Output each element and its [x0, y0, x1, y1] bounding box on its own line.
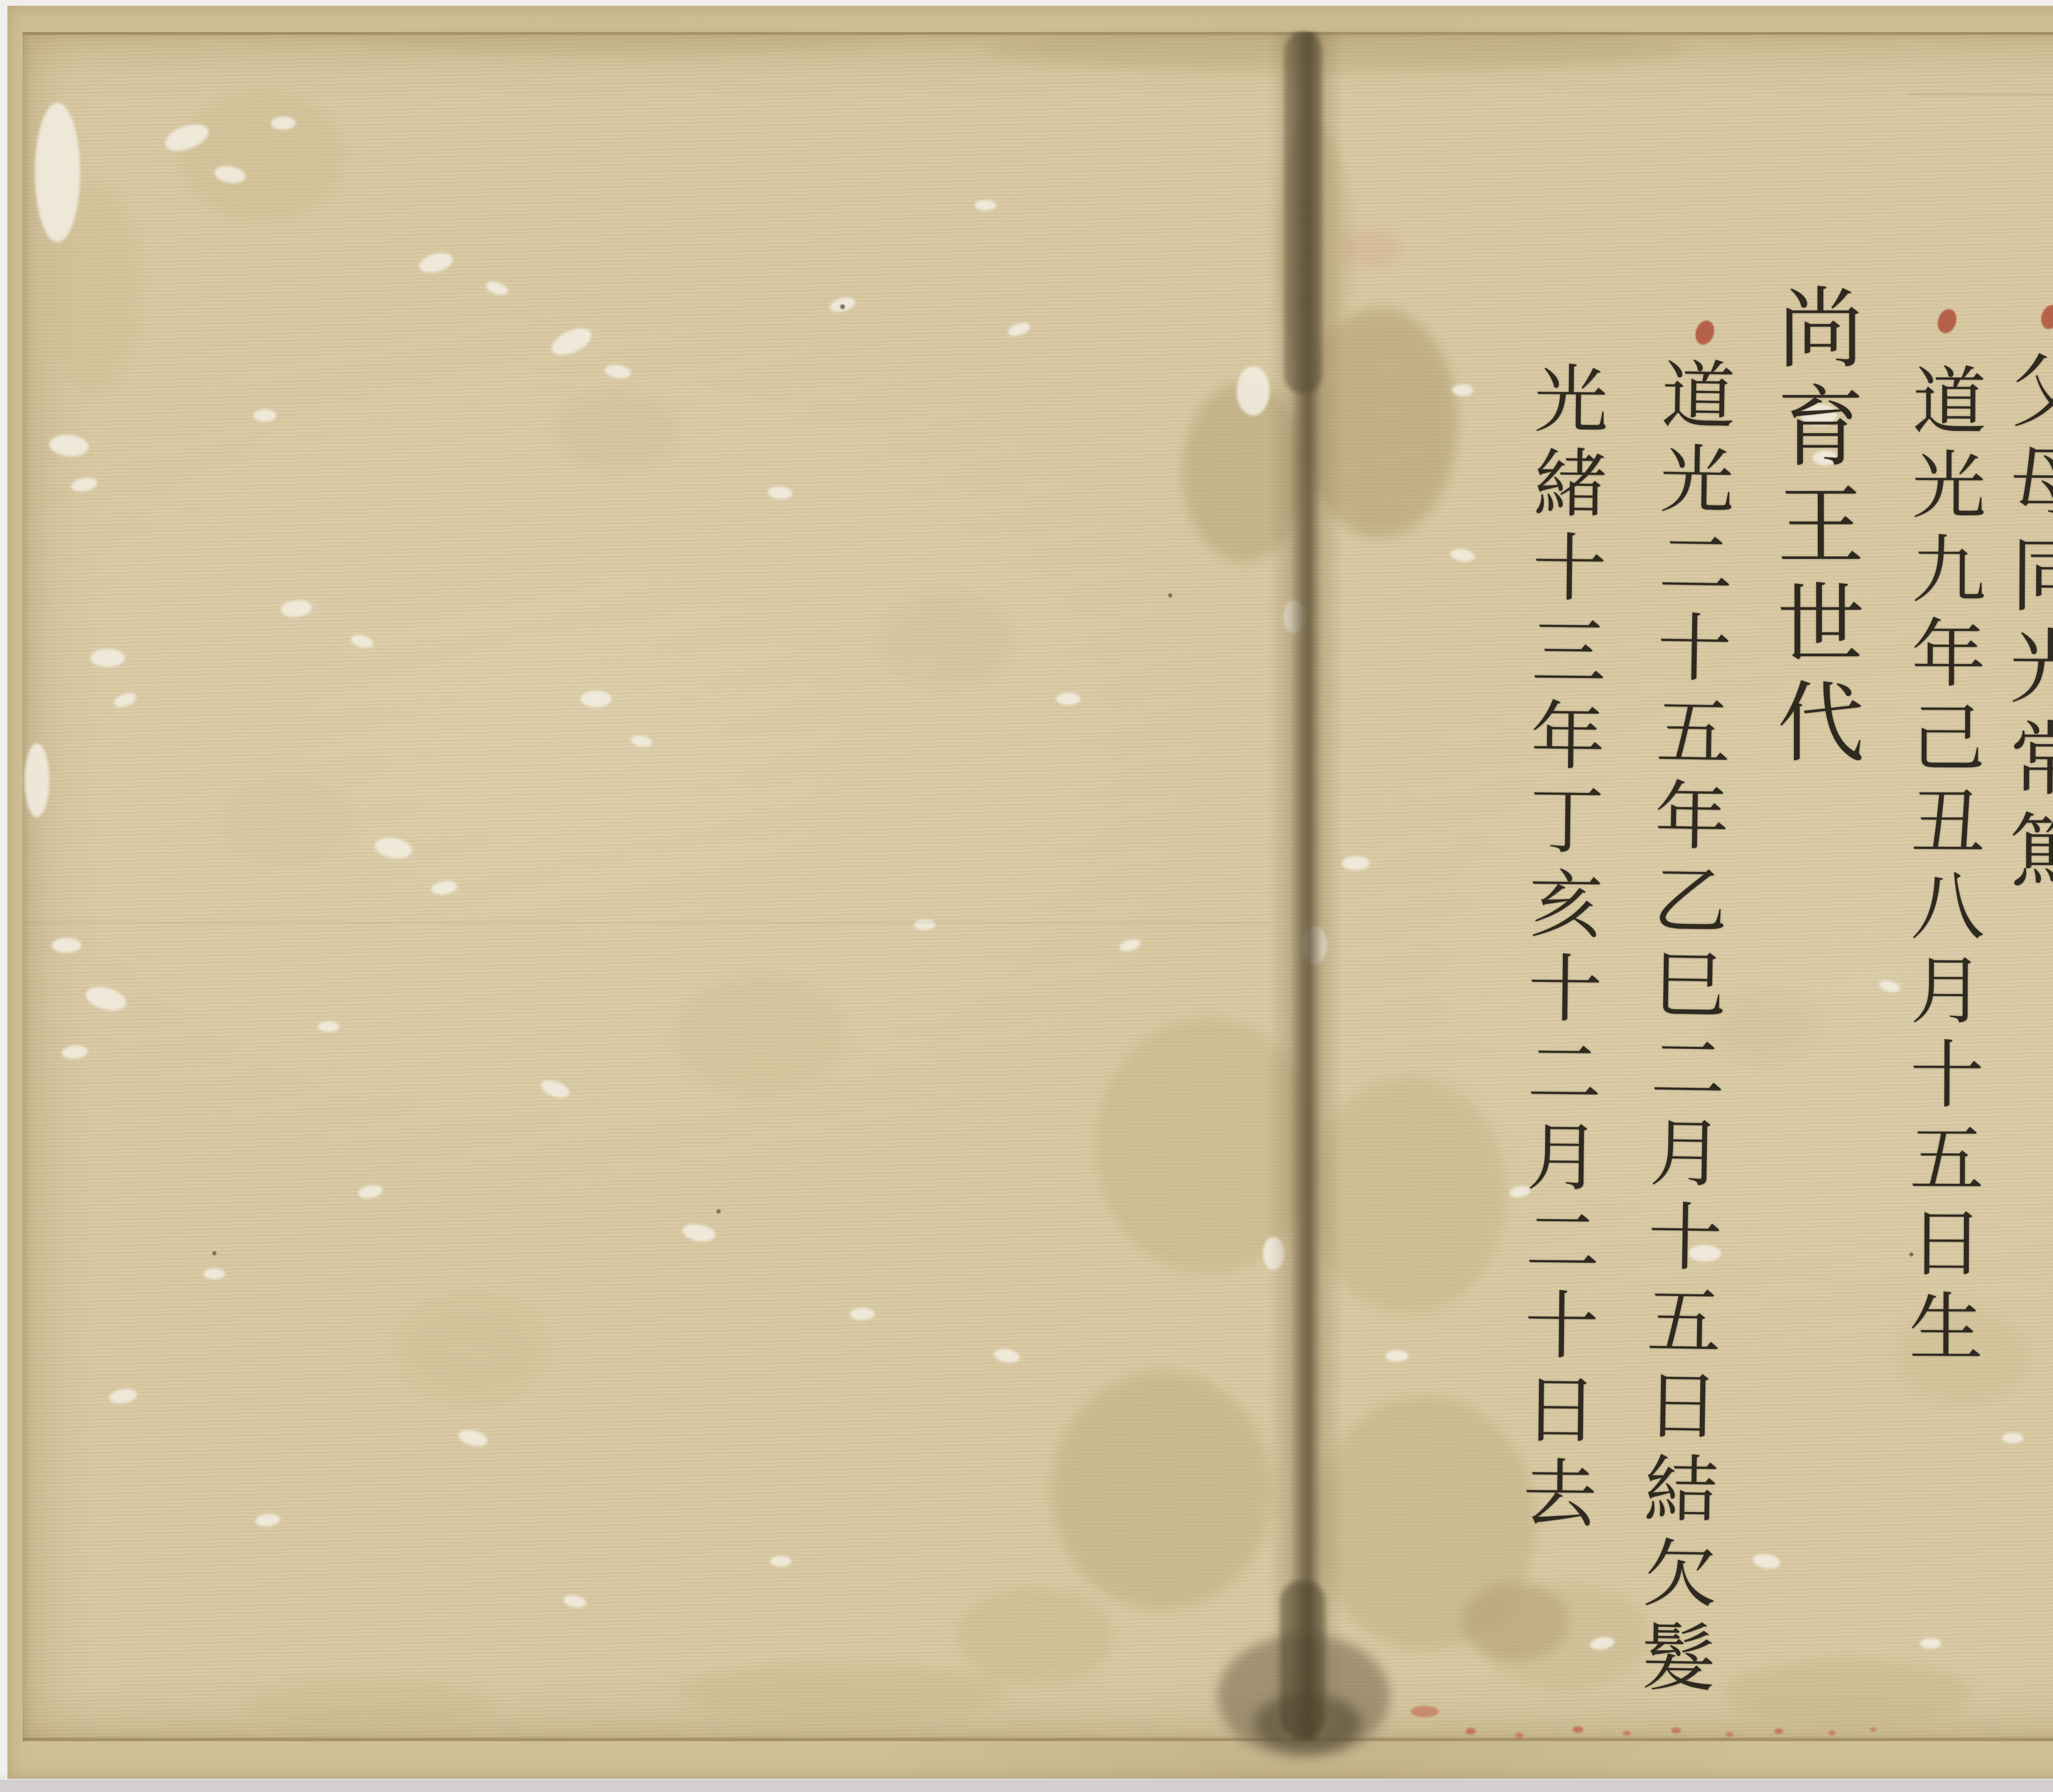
center-fold-stain-top: [1284, 32, 1322, 393]
parents-column: 父母同光常篤: [2002, 348, 2053, 900]
red-smudge: [1573, 1726, 1583, 1733]
departure-date-column: 光緒十三年丁亥十二月二十日去: [1516, 360, 1602, 1539]
dark-speck: [840, 304, 845, 309]
stain: [181, 90, 345, 222]
royal-era-column: 尚育王世代: [1770, 283, 1857, 775]
column-text-segment: 道光九年己丑八月十五日生: [1897, 362, 1986, 1373]
white-loss-spot: [204, 1268, 225, 1279]
paper-top-edge: [23, 32, 2053, 35]
white-loss-spot: [1920, 1638, 1941, 1649]
red-smudge: [1828, 1730, 1836, 1735]
white-loss-spot: [90, 649, 125, 667]
dark-speck: [1168, 593, 1172, 597]
manuscript-scan: 常皆下地仁也童名蒲戸父母同光常篤道光九年己丑八月十五日生尚育王世代道光二十五年乙…: [0, 0, 2053, 1792]
birth-date-column: 道光九年己丑八月十五日生: [1902, 362, 1980, 1373]
white-loss-spot: [1237, 366, 1270, 416]
stain: [1462, 1583, 1568, 1661]
stain: [875, 591, 1014, 690]
red-smudge: [1774, 1728, 1783, 1734]
stain: [394, 1291, 550, 1406]
stain: [957, 1587, 1113, 1686]
white-loss-spot: [35, 103, 80, 242]
red-smudge: [1671, 1728, 1681, 1733]
column-text-segment: 光緒十三年丁亥十二月二十日去: [1510, 360, 1608, 1539]
white-loss-spot: [253, 409, 276, 422]
white-loss-spot: [1342, 856, 1370, 870]
stain: [349, 27, 883, 55]
white-loss-spot: [52, 938, 81, 953]
white-loss-spot: [318, 1021, 339, 1032]
red-smudge: [1870, 1728, 1876, 1732]
white-loss-spot: [975, 200, 996, 211]
stain: [677, 1663, 1006, 1721]
stain: [673, 973, 846, 1096]
stain: [1341, 230, 1402, 267]
white-loss-spot: [2002, 1433, 2023, 1443]
white-loss-spot: [770, 1556, 792, 1567]
column-text-segment: 父母同光常篤: [1995, 348, 2053, 900]
white-loss-spot: [1385, 1350, 1408, 1362]
white-loss-spot: [581, 691, 612, 707]
white-loss-spot: [271, 117, 296, 130]
red-smudge: [1515, 1732, 1523, 1738]
stain: [222, 776, 353, 866]
dark-speck: [212, 1251, 216, 1255]
hair-binding-column: 道光二十五年乙巳二月十五日結欠髮: [1634, 356, 1729, 1704]
stain: [1725, 1659, 1971, 1725]
white-loss-spot: [1056, 693, 1081, 705]
stain: [246, 1679, 493, 1729]
stain: [554, 390, 677, 472]
crease-line: [1909, 94, 2053, 95]
scan-margin-strip: [0, 1780, 2053, 1792]
column-text-segment: 尚育王世代: [1763, 283, 1864, 775]
red-smudge: [1411, 1706, 1439, 1717]
center-fold-stain-bottom: [1280, 1581, 1325, 1738]
paper-bottom-edge: [23, 1738, 2053, 1741]
stain: [1051, 1372, 1273, 1610]
manuscript-paper: [23, 32, 2053, 1741]
red-smudge: [1726, 1732, 1733, 1737]
white-loss-spot: [850, 1308, 875, 1320]
red-smudge: [1466, 1728, 1476, 1735]
dark-speck: [716, 1209, 721, 1213]
white-loss-spot: [25, 743, 49, 817]
red-smudge: [1623, 1731, 1631, 1736]
white-loss-spot: [914, 919, 935, 930]
white-loss-spot: [1452, 384, 1473, 396]
crease-line: [25, 922, 1269, 924]
